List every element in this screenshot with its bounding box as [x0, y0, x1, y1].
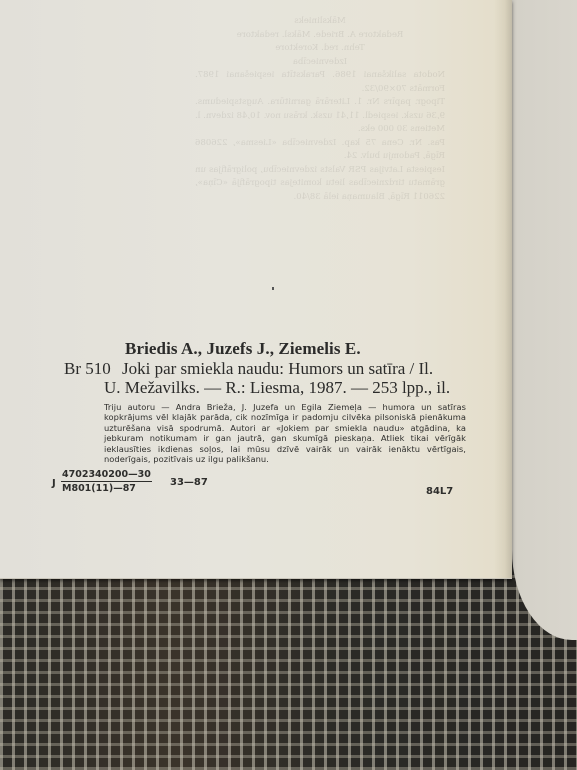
ink-speck — [272, 287, 274, 290]
bleed-line: Pas. Nr. Cena 75 kap. Izdevniecība «Lies… — [195, 137, 445, 164]
facing-page-edge — [512, 0, 577, 640]
index-letter: J — [52, 478, 56, 489]
bleed-line: Nodota salikšanai 1986. Parakstīta iespi… — [195, 69, 445, 96]
fraction-denominator: M801(11)—87 — [61, 482, 152, 495]
annotation-text: Triju autoru — Andra Brieža, J. Juzefa u… — [104, 402, 466, 464]
authors-heading: Briedis A., Juzefs J., Ziemelis E. — [125, 339, 504, 359]
bleed-line: Mākslinieks — [195, 15, 445, 29]
call-number: Br 510 — [64, 359, 111, 378]
bleed-line: Iespiesta Latvijas PSR Valsts izdevniecī… — [195, 164, 445, 205]
bibliographic-index: J 4702340200—30 M801(11)—87 33—87 — [52, 468, 452, 504]
bleed-line: Izdevniecība — [195, 56, 445, 70]
page-gutter-shadow — [494, 0, 512, 578]
title-row: Br 510 Joki par smiekla naudu: Humors un… — [64, 359, 504, 378]
bleed-line: Tipogr. papīrs Nr. 1. Literārā garnitūra… — [195, 96, 445, 137]
imprint-row: U. Mežavilks. — R.: Liesma, 1987. — 253 … — [64, 378, 504, 397]
index-fraction: 4702340200—30 M801(11)—87 — [61, 468, 152, 495]
bleed-through-text: Mākslinieks Redaktore A. Briede. Māksl. … — [195, 15, 445, 204]
bleed-line: Redaktore A. Briede. Māksl. redaktore — [195, 29, 445, 43]
book-page: Mākslinieks Redaktore A. Briede. Māksl. … — [0, 0, 512, 579]
title-line-2: U. Mežavilks. — R.: Liesma, 1987. — 253 … — [104, 378, 504, 397]
catalog-card: Briedis A., Juzefs J., Ziemelis E. Br 51… — [64, 339, 504, 464]
woven-mat-background — [0, 575, 577, 770]
fraction-numerator: 4702340200—30 — [61, 468, 152, 482]
fraction-suffix: 33—87 — [170, 477, 208, 488]
classification-code: 84L7 — [426, 486, 453, 497]
bleed-line: Tehn. red. Korektore — [195, 42, 445, 56]
title-line-1: Joki par smiekla naudu: Humors un satīra… — [122, 359, 504, 378]
